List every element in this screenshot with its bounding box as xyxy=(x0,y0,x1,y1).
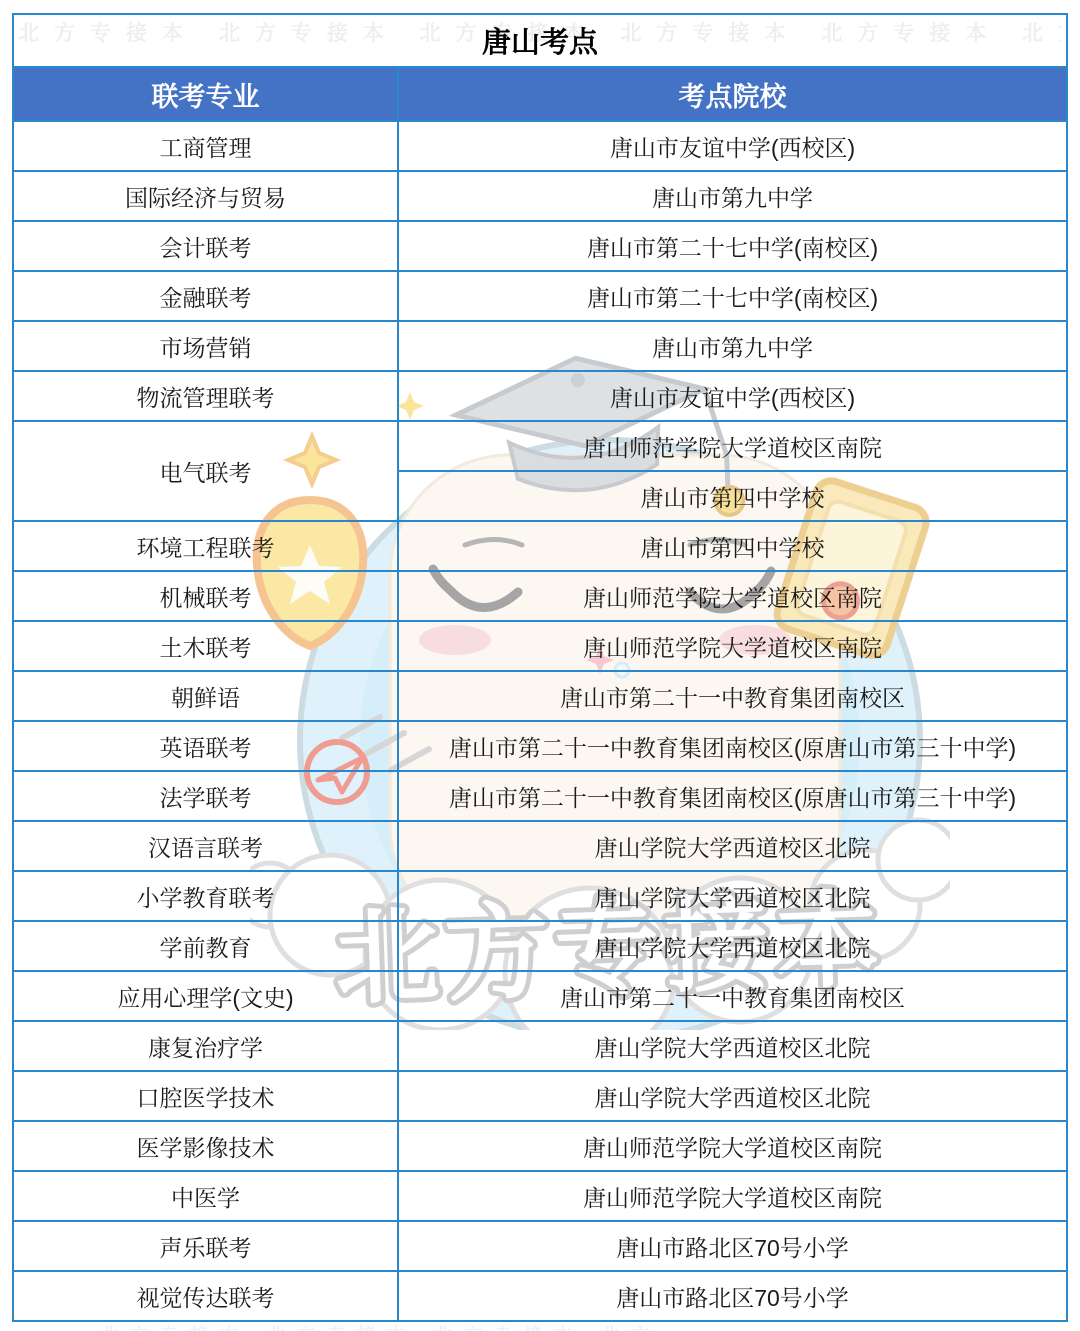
major-cell: 金融联考 xyxy=(13,271,398,321)
table-row: 医学影像技术唐山师范学院大学道校区南院 xyxy=(13,1121,1067,1171)
venue-cell: 唐山市第九中学 xyxy=(398,171,1067,221)
venue-cell: 唐山市第四中学校 xyxy=(398,521,1067,571)
table-row: 机械联考唐山师范学院大学道校区南院 xyxy=(13,571,1067,621)
table-row: 视觉传达联考唐山市路北区70号小学 xyxy=(13,1271,1067,1321)
table-row: 应用心理学(文史)唐山市第二十一中教育集团南校区 xyxy=(13,971,1067,1021)
major-cell: 学前教育 xyxy=(13,921,398,971)
table-row: 市场营销唐山市第九中学 xyxy=(13,321,1067,371)
header-row: 联考专业 考点院校 xyxy=(13,67,1067,121)
table-row: 金融联考唐山市第二十七中学(南校区) xyxy=(13,271,1067,321)
major-cell: 法学联考 xyxy=(13,771,398,821)
table-row: 口腔医学技术唐山学院大学西道校区北院 xyxy=(13,1071,1067,1121)
table-row: 物流管理联考唐山市友谊中学(西校区) xyxy=(13,371,1067,421)
table-row: 小学教育联考唐山学院大学西道校区北院 xyxy=(13,871,1067,921)
exam-sites-table: 唐山考点 联考专业 考点院校 工商管理唐山市友谊中学(西校区)国际经济与贸易唐山… xyxy=(12,13,1068,1322)
major-cell: 口腔医学技术 xyxy=(13,1071,398,1121)
venue-cell: 唐山师范学院大学道校区南院 xyxy=(398,421,1067,471)
venue-cell: 唐山师范学院大学道校区南院 xyxy=(398,621,1067,671)
table-row: 会计联考唐山市第二十七中学(南校区) xyxy=(13,221,1067,271)
major-cell: 汉语言联考 xyxy=(13,821,398,871)
major-cell: 国际经济与贸易 xyxy=(13,171,398,221)
major-cell: 中医学 xyxy=(13,1171,398,1221)
venue-cell: 唐山市第二十一中教育集团南校区(原唐山市第三十中学) xyxy=(398,771,1067,821)
venue-cell: 唐山市第二十一中教育集团南校区(原唐山市第三十中学) xyxy=(398,721,1067,771)
major-cell: 环境工程联考 xyxy=(13,521,398,571)
table-row: 英语联考唐山市第二十一中教育集团南校区(原唐山市第三十中学) xyxy=(13,721,1067,771)
venue-cell: 唐山市第二十一中教育集团南校区 xyxy=(398,971,1067,1021)
venue-cell: 唐山师范学院大学道校区南院 xyxy=(398,1121,1067,1171)
major-cell: 机械联考 xyxy=(13,571,398,621)
major-cell: 声乐联考 xyxy=(13,1221,398,1271)
venue-cell: 唐山市第四中学校 xyxy=(398,471,1067,521)
major-cell: 康复治疗学 xyxy=(13,1021,398,1071)
table-row: 环境工程联考唐山市第四中学校 xyxy=(13,521,1067,571)
major-cell: 会计联考 xyxy=(13,221,398,271)
venue-cell: 唐山市友谊中学(西校区) xyxy=(398,121,1067,171)
venue-cell: 唐山市路北区70号小学 xyxy=(398,1221,1067,1271)
table-row: 电气联考唐山师范学院大学道校区南院 xyxy=(13,421,1067,471)
venue-cell: 唐山师范学院大学道校区南院 xyxy=(398,1171,1067,1221)
major-cell: 土木联考 xyxy=(13,621,398,671)
venue-cell: 唐山学院大学西道校区北院 xyxy=(398,1021,1067,1071)
venue-cell: 唐山市路北区70号小学 xyxy=(398,1271,1067,1321)
exam-table-head: 唐山考点 联考专业 考点院校 xyxy=(13,14,1067,121)
table-row: 康复治疗学唐山学院大学西道校区北院 xyxy=(13,1021,1067,1071)
major-cell: 市场营销 xyxy=(13,321,398,371)
column-header-venue: 考点院校 xyxy=(398,67,1067,121)
venue-cell: 唐山学院大学西道校区北院 xyxy=(398,821,1067,871)
title-row: 唐山考点 xyxy=(13,14,1067,67)
faint-watermark-strip: 北方专接本 北方专接本 北方专接本 北方专接本 北方专接本 北方专接本 北方专接… xyxy=(100,1321,660,1331)
venue-cell: 唐山市第二十七中学(南校区) xyxy=(398,271,1067,321)
venue-cell: 唐山学院大学西道校区北院 xyxy=(398,1071,1067,1121)
major-cell: 应用心理学(文史) xyxy=(13,971,398,1021)
major-cell: 小学教育联考 xyxy=(13,871,398,921)
major-cell: 物流管理联考 xyxy=(13,371,398,421)
table-row: 声乐联考唐山市路北区70号小学 xyxy=(13,1221,1067,1271)
venue-cell: 唐山市第二十七中学(南校区) xyxy=(398,221,1067,271)
table-row: 汉语言联考唐山学院大学西道校区北院 xyxy=(13,821,1067,871)
major-cell: 工商管理 xyxy=(13,121,398,171)
table-row: 学前教育唐山学院大学西道校区北院 xyxy=(13,921,1067,971)
venue-cell: 唐山师范学院大学道校区南院 xyxy=(398,571,1067,621)
venue-cell: 唐山学院大学西道校区北院 xyxy=(398,921,1067,971)
major-cell: 视觉传达联考 xyxy=(13,1271,398,1321)
venue-cell: 唐山市友谊中学(西校区) xyxy=(398,371,1067,421)
column-header-major: 联考专业 xyxy=(13,67,398,121)
table-row: 朝鲜语唐山市第二十一中教育集团南校区 xyxy=(13,671,1067,721)
venue-cell: 唐山学院大学西道校区北院 xyxy=(398,871,1067,921)
venue-cell: 唐山市第九中学 xyxy=(398,321,1067,371)
table-row: 国际经济与贸易唐山市第九中学 xyxy=(13,171,1067,221)
page-title: 唐山考点 xyxy=(13,14,1067,67)
table-row: 工商管理唐山市友谊中学(西校区) xyxy=(13,121,1067,171)
major-cell: 电气联考 xyxy=(13,421,398,521)
exam-table-body: 工商管理唐山市友谊中学(西校区)国际经济与贸易唐山市第九中学会计联考唐山市第二十… xyxy=(13,121,1067,1321)
major-cell: 医学影像技术 xyxy=(13,1121,398,1171)
major-cell: 朝鲜语 xyxy=(13,671,398,721)
table-row: 土木联考唐山师范学院大学道校区南院 xyxy=(13,621,1067,671)
venue-cell: 唐山市第二十一中教育集团南校区 xyxy=(398,671,1067,721)
table-row: 中医学唐山师范学院大学道校区南院 xyxy=(13,1171,1067,1221)
table-row: 法学联考唐山市第二十一中教育集团南校区(原唐山市第三十中学) xyxy=(13,771,1067,821)
major-cell: 英语联考 xyxy=(13,721,398,771)
